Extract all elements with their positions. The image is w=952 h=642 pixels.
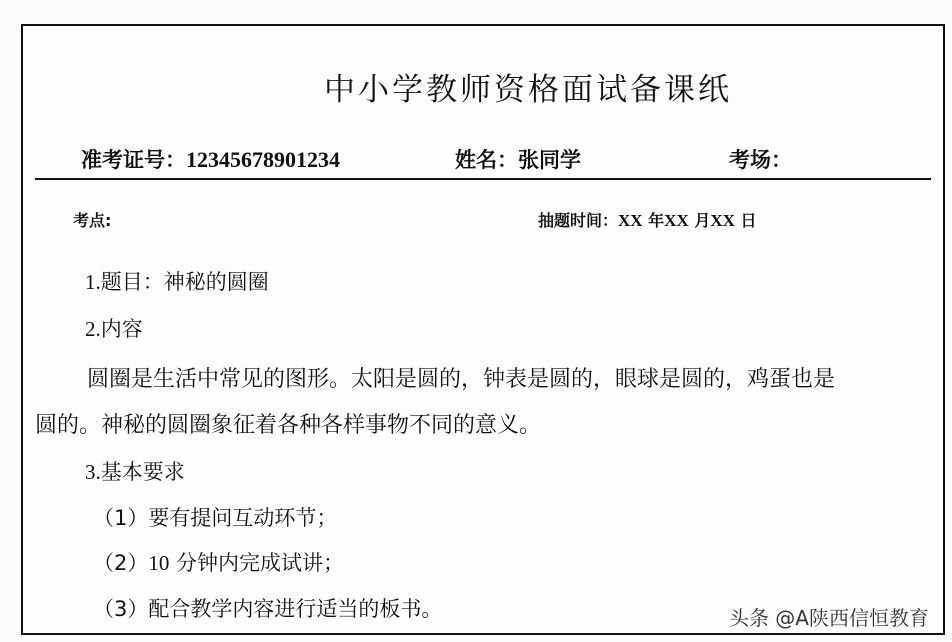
requirement-text: 分钟内完成试讲； (169, 551, 344, 575)
requirements-heading-number: 3. (85, 460, 101, 484)
topic-value: 神秘的圆圈 (164, 270, 269, 294)
requirement-index: （1） (93, 506, 148, 530)
content-heading: 2.内容 (85, 313, 143, 343)
exam-room-label: 考场： (729, 148, 792, 172)
name-value: 张同学 (518, 148, 581, 172)
year-unit: 年 (648, 211, 664, 230)
requirements-heading: 3.基本要求 (85, 456, 185, 486)
exam-id-label: 准考证号： (81, 148, 186, 172)
day-unit: 日 (740, 211, 756, 230)
draw-time-day: XX (710, 211, 735, 230)
requirement-item-1: （1）要有提问互动环节； (93, 502, 337, 532)
candidate-info-row: 准考证号：12345678901234 姓名：张同学 考场： (23, 144, 943, 176)
document-title: 中小学教师资格面试备课纸 (23, 64, 943, 109)
requirement-text: 要有提问互动环节； (148, 506, 337, 530)
draw-time-month: XX (664, 211, 689, 230)
requirement-text: 配合教学内容进行适当的板书。 (148, 597, 442, 621)
draw-time-label: 抽题时间： (538, 211, 618, 230)
exam-site-field: 考点: (73, 208, 111, 231)
name-field: 姓名：张同学 (455, 144, 581, 174)
month-unit: 月 (694, 211, 710, 230)
requirement-index: （2） (93, 551, 148, 575)
lesson-prep-sheet: 中小学教师资格面试备课纸 准考证号：12345678901234 姓名：张同学 … (21, 24, 945, 635)
name-label: 姓名： (455, 148, 518, 172)
requirement-number: 10 (148, 551, 169, 575)
exam-site-label: 考点: (73, 211, 111, 230)
content-paragraph-line-2: 圆的。神秘的圆圈象征着各种各样事物不同的意义。 (35, 408, 541, 439)
draw-time-field: 抽题时间：XX 年XX 月XX 日 (538, 208, 756, 231)
exam-id-field: 准考证号：12345678901234 (81, 144, 340, 174)
draw-time-year: XX (618, 211, 643, 230)
content-heading-text: 内容 (101, 317, 143, 341)
topic-number: 1. (85, 270, 101, 294)
requirements-heading-text: 基本要求 (101, 460, 185, 484)
topic-line: 1.题目：神秘的圆圈 (85, 266, 269, 296)
requirement-index: （3） (93, 597, 148, 621)
watermark-text: 头条 @A陕西信恒教育 (729, 602, 929, 631)
exam-id-value: 12345678901234 (186, 147, 340, 172)
topic-label: 题目： (101, 270, 164, 294)
content-paragraph-line-1: 圆圈是生活中常见的图形。太阳是圆的，钟表是圆的，眼球是圆的，鸡蛋也是 (87, 362, 835, 393)
exam-room-field: 考场： (729, 144, 792, 174)
header-divider (35, 178, 931, 180)
requirement-item-2: （2）10 分钟内完成试讲； (93, 547, 344, 577)
requirement-item-3: （3）配合教学内容进行适当的板书。 (93, 593, 442, 623)
content-heading-number: 2. (85, 317, 101, 341)
